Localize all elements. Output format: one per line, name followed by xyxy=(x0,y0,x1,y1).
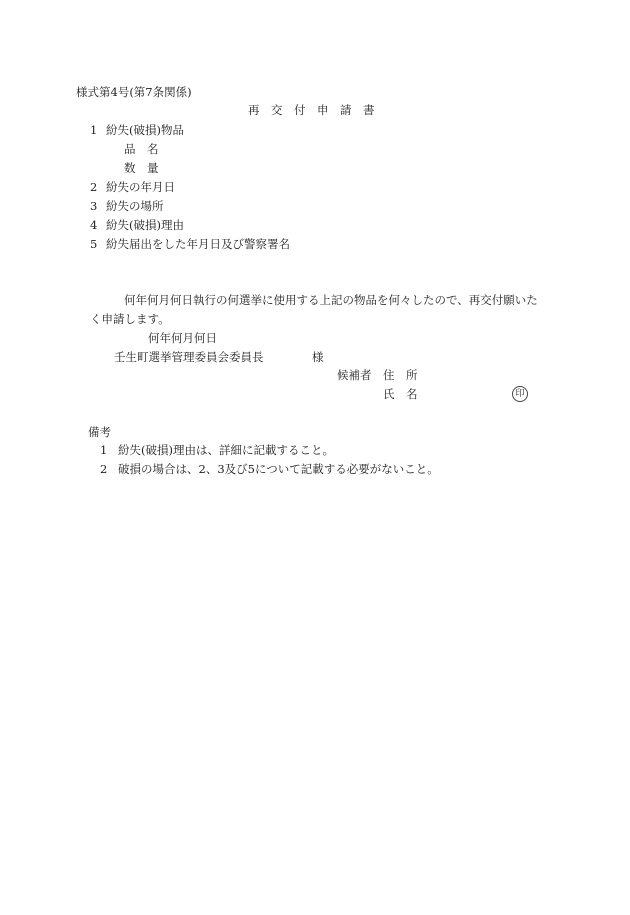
addressee: 壬生町選挙管理委員会委員長 xyxy=(114,350,264,364)
document-title: 再 交 付 申 請 書 xyxy=(248,103,375,117)
remarks-title: 備考 xyxy=(88,425,111,439)
item-1-sub-quantity: 数 量 xyxy=(124,161,159,175)
remark-1-num: 1 xyxy=(100,443,107,457)
item-2-label: 紛失の年月日 xyxy=(106,180,175,194)
body-text-line1: 何年何月何日執行の何選挙に使用する上記の物品を何々したので、再交付願いた xyxy=(124,293,538,307)
remark-1-text: 紛失(破損)理由は、詳細に記載すること。 xyxy=(118,443,334,457)
item-2-num: 2 xyxy=(90,180,97,194)
item-5-label: 紛失届出をした年月日及び警察署名 xyxy=(106,237,290,251)
name-label: 氏 名 xyxy=(383,387,418,401)
item-1-num: 1 xyxy=(90,123,97,137)
item-1-label: 紛失(破損)物品 xyxy=(106,123,184,137)
item-1-sub-name: 品 名 xyxy=(124,142,159,156)
item-4-label: 紛失(破損)理由 xyxy=(106,218,184,232)
candidate-label: 候補者 xyxy=(337,368,372,382)
remark-2-num: 2 xyxy=(100,462,107,476)
item-4-num: 4 xyxy=(90,218,97,232)
honorific: 様 xyxy=(312,350,324,364)
remark-2-text: 破損の場合は、2、3及び5について記載する必要がないこと。 xyxy=(118,462,439,476)
item-3-num: 3 xyxy=(90,199,97,213)
address-label: 住 所 xyxy=(383,368,418,382)
body-text-line2: く申請します。 xyxy=(90,312,170,326)
item-3-label: 紛失の場所 xyxy=(106,199,164,213)
form-number: 様式第4号(第7条関係) xyxy=(76,85,192,99)
seal-icon: 印 xyxy=(512,386,528,402)
application-date: 何年何月何日 xyxy=(148,331,217,345)
item-5-num: 5 xyxy=(90,237,97,251)
